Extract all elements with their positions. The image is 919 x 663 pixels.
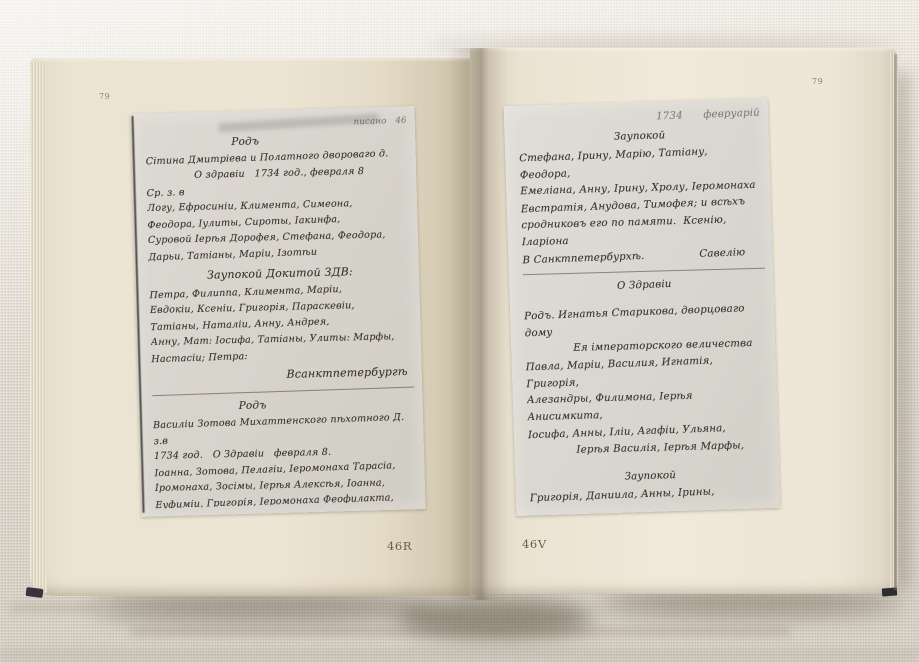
folio-caption-right: 46V <box>522 537 547 551</box>
facsimile-folio-46V: 1734 февруарійЗаупокойСтефана, Ірину, Ма… <box>504 98 781 516</box>
manuscript-text-right: 1734 февруарійЗаупокойСтефана, Ірину, Ма… <box>518 105 772 507</box>
photo-scene: писано 46РодъСітина Дмитріева и Полатног… <box>0 0 919 663</box>
page-number-right: 79 <box>812 77 823 86</box>
page-number-left: 79 <box>99 92 110 101</box>
cover-corner-bottom-left <box>26 587 44 598</box>
manuscript-text-left: писано 46РодъСітина Дмитріева и Полатног… <box>145 113 418 508</box>
facsimile-folio-46R: писано 46РодъСітина Дмитріева и Полатног… <box>130 106 425 517</box>
cover-edge-right <box>894 54 897 590</box>
folio-caption-left: 46R <box>387 539 412 553</box>
